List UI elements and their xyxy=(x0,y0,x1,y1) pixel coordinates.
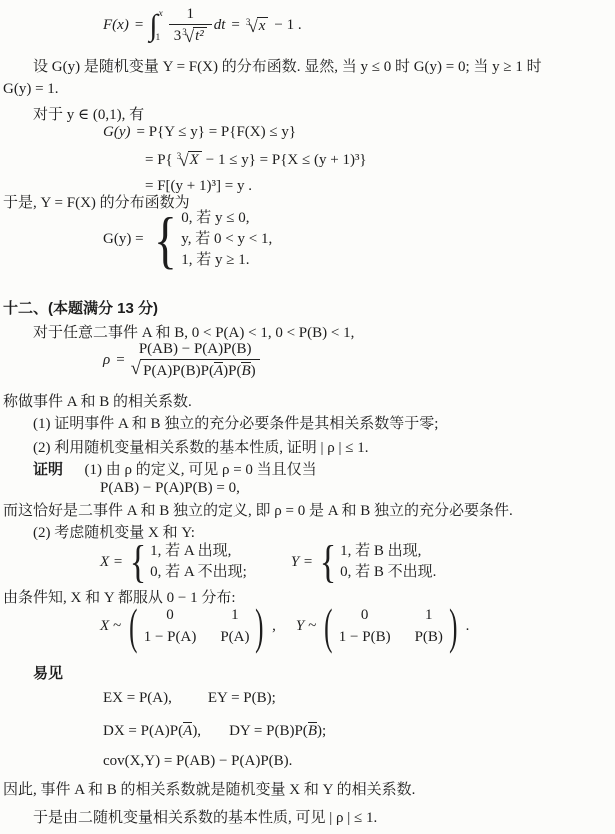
paragraph-part1: (1) 证明事件 A 和 B 独立的充分必要条件是其相关系数等于零; xyxy=(33,412,438,433)
case-row: 0, 若 B 不出现. xyxy=(340,562,436,583)
integral-lower-limit: 1 xyxy=(156,33,161,43)
cube-root-x: 3 √ x xyxy=(246,17,269,35)
paragraph-therefore: 因此, 事件 A 和 B 的相关系数就是随机变量 X 和 Y 的相关系数. xyxy=(3,778,415,799)
radicand: t² xyxy=(193,27,207,45)
overbar-B: B xyxy=(308,722,317,740)
case-row: 1, 若 B 出现, xyxy=(340,541,436,562)
paragraph-consider: (2) 考虑随机变量 X 和 Y: xyxy=(33,521,195,542)
paragraph-called: 称做事件 A 和 B 的相关系数. xyxy=(3,390,192,411)
paren-left-icon: ( xyxy=(324,605,332,648)
piecewise-lhs: G(y) = xyxy=(103,231,144,248)
root-index: 3 xyxy=(182,27,187,37)
matrix-cell: P(B) xyxy=(415,627,443,647)
fraction-numerator: 1 xyxy=(181,6,199,24)
matrix-cell: P(A) xyxy=(220,627,249,647)
formula-tail: − 1 . xyxy=(274,17,301,34)
case-row: 0, 若 y ≤ 0, xyxy=(181,208,272,229)
formula-variances: DX = P(A)P(A),DY = P(B)P(B); xyxy=(103,722,326,740)
paragraph-part2: (2) 利用随机变量相关系数的基本性质, 证明 | ρ | ≤ 1. xyxy=(33,436,368,457)
derivation-line2: = P{ 3 √ X − 1 ≤ y} = P{X ≤ (y + 1)³} xyxy=(145,151,367,169)
formula-rho: ρ = P(AB) − P(A)P(B) √ P(A)P(B)P(A)P(B) xyxy=(103,341,260,380)
matrix-cell: 1 − P(B) xyxy=(339,627,391,647)
matrix-X: ( 0 1 1 − P(A) P(A) ) xyxy=(125,605,268,648)
overbar-A: A xyxy=(214,362,223,380)
brace-left-icon: { xyxy=(320,541,337,582)
paren-right-icon: ) xyxy=(256,605,264,648)
formula-covariance: cov(X,Y) = P(AB) − P(A)P(B). xyxy=(103,753,292,770)
matrix-Y: ( 0 1 1 − P(B) P(B) ) xyxy=(320,605,461,648)
section-heading: 十二、(本题满分 13 分) xyxy=(3,297,158,318)
matrix-cell: 1 xyxy=(220,605,249,625)
brace-left-icon: { xyxy=(153,211,176,269)
cube-root-X: 3 √ X xyxy=(177,151,202,169)
paragraph-distribution: 由条件知, X 和 Y 都服从 0 − 1 分布: xyxy=(3,586,236,607)
paragraph-conclusion: 于是由二随机变量相关系数的基本性质, 可见 | ρ | ≤ 1. xyxy=(33,806,377,827)
case-row: 0, 若 A 不出现; xyxy=(150,562,247,583)
matrix-cell: 1 xyxy=(415,605,443,625)
equals-sign: = xyxy=(135,17,143,34)
matrix-cell: 0 xyxy=(339,605,391,625)
paragraph-proof: 证明 (1) 由 ρ 的定义, 可见 ρ = 0 当且仅当 xyxy=(33,458,317,479)
indicator-definitions: X = { 1, 若 A 出现, 0, 若 A 不出现; Y = { 1, 若 … xyxy=(100,541,436,583)
matrix-cell: 1 − P(A) xyxy=(144,627,197,647)
overbar-B: B xyxy=(241,362,250,380)
matrix-cell: 0 xyxy=(144,605,197,625)
integral-upper-limit: x xyxy=(159,9,163,19)
piecewise-Gy: G(y) = { 0, 若 y ≤ 0, y, 若 0 < y < 1, 1, … xyxy=(103,208,272,271)
formula-lhs: F(x) xyxy=(103,17,129,34)
rho-numerator: P(AB) − P(A)P(B) xyxy=(134,341,257,359)
case-row: 1, 若 y ≥ 1. xyxy=(181,250,272,271)
paragraph-easy-to-see: 易见 xyxy=(33,662,63,683)
document-page: F(x) = ∫ x 1 1 3 3 √ t² dt = 3 √ xyxy=(0,0,615,834)
integrand-fraction: 1 3 3 √ t² xyxy=(169,6,212,45)
differential: dt xyxy=(214,17,226,34)
separator-period: . xyxy=(466,618,470,635)
sqrt-body: P(A)P(B)P(A)P(B) xyxy=(140,359,260,380)
formula-expectations: EX = P(A),EY = P(B); xyxy=(103,690,276,707)
overbar-A: A xyxy=(183,722,192,740)
paragraph-setup-line1: 设 G(y) 是随机变量 Y = F(X) 的分布函数. 显然, 当 y ≤ 0… xyxy=(33,55,542,76)
case-row: 1, 若 A 出现, xyxy=(150,541,247,562)
paragraph-setup-line2: G(y) = 1. xyxy=(3,81,59,98)
distribution-matrices: X ~ ( 0 1 1 − P(A) P(A) ) , Y ~ ( 0 1 1 … xyxy=(100,605,469,648)
formula-Fx: F(x) = ∫ x 1 1 3 3 √ t² dt = 3 √ xyxy=(103,6,302,45)
paragraph-exactly: 而这恰好是二事件 A 和 B 独立的定义, 即 ρ = 0 是 A 和 B 独立… xyxy=(3,499,513,520)
equals-sign: = xyxy=(231,17,239,34)
formula-independence: P(AB) − P(A)P(B) = 0, xyxy=(100,480,240,497)
separator-comma: , xyxy=(272,618,276,635)
fraction-denominator: 3 3 √ t² xyxy=(169,24,212,45)
brace-left-icon: { xyxy=(130,541,147,582)
paren-left-icon: ( xyxy=(129,605,137,648)
paragraph-setup-line3: 对于 y ∈ (0,1), 有 xyxy=(33,103,144,124)
cube-root: 3 √ t² xyxy=(182,27,207,45)
integral-term: ∫ x 1 xyxy=(149,9,162,43)
paragraph-problem: 对于任意二事件 A 和 B, 0 < P(A) < 1, 0 < P(B) < … xyxy=(33,321,354,342)
sqrt-group: √ P(A)P(B)P(A)P(B) xyxy=(131,359,260,380)
proof-label: 证明 xyxy=(33,461,63,478)
case-row: y, 若 0 < y < 1, xyxy=(181,229,272,250)
derivation-line1: G(y) = P{Y ≤ y} = P{F(X) ≤ y} xyxy=(103,124,296,141)
paren-right-icon: ) xyxy=(449,605,457,648)
